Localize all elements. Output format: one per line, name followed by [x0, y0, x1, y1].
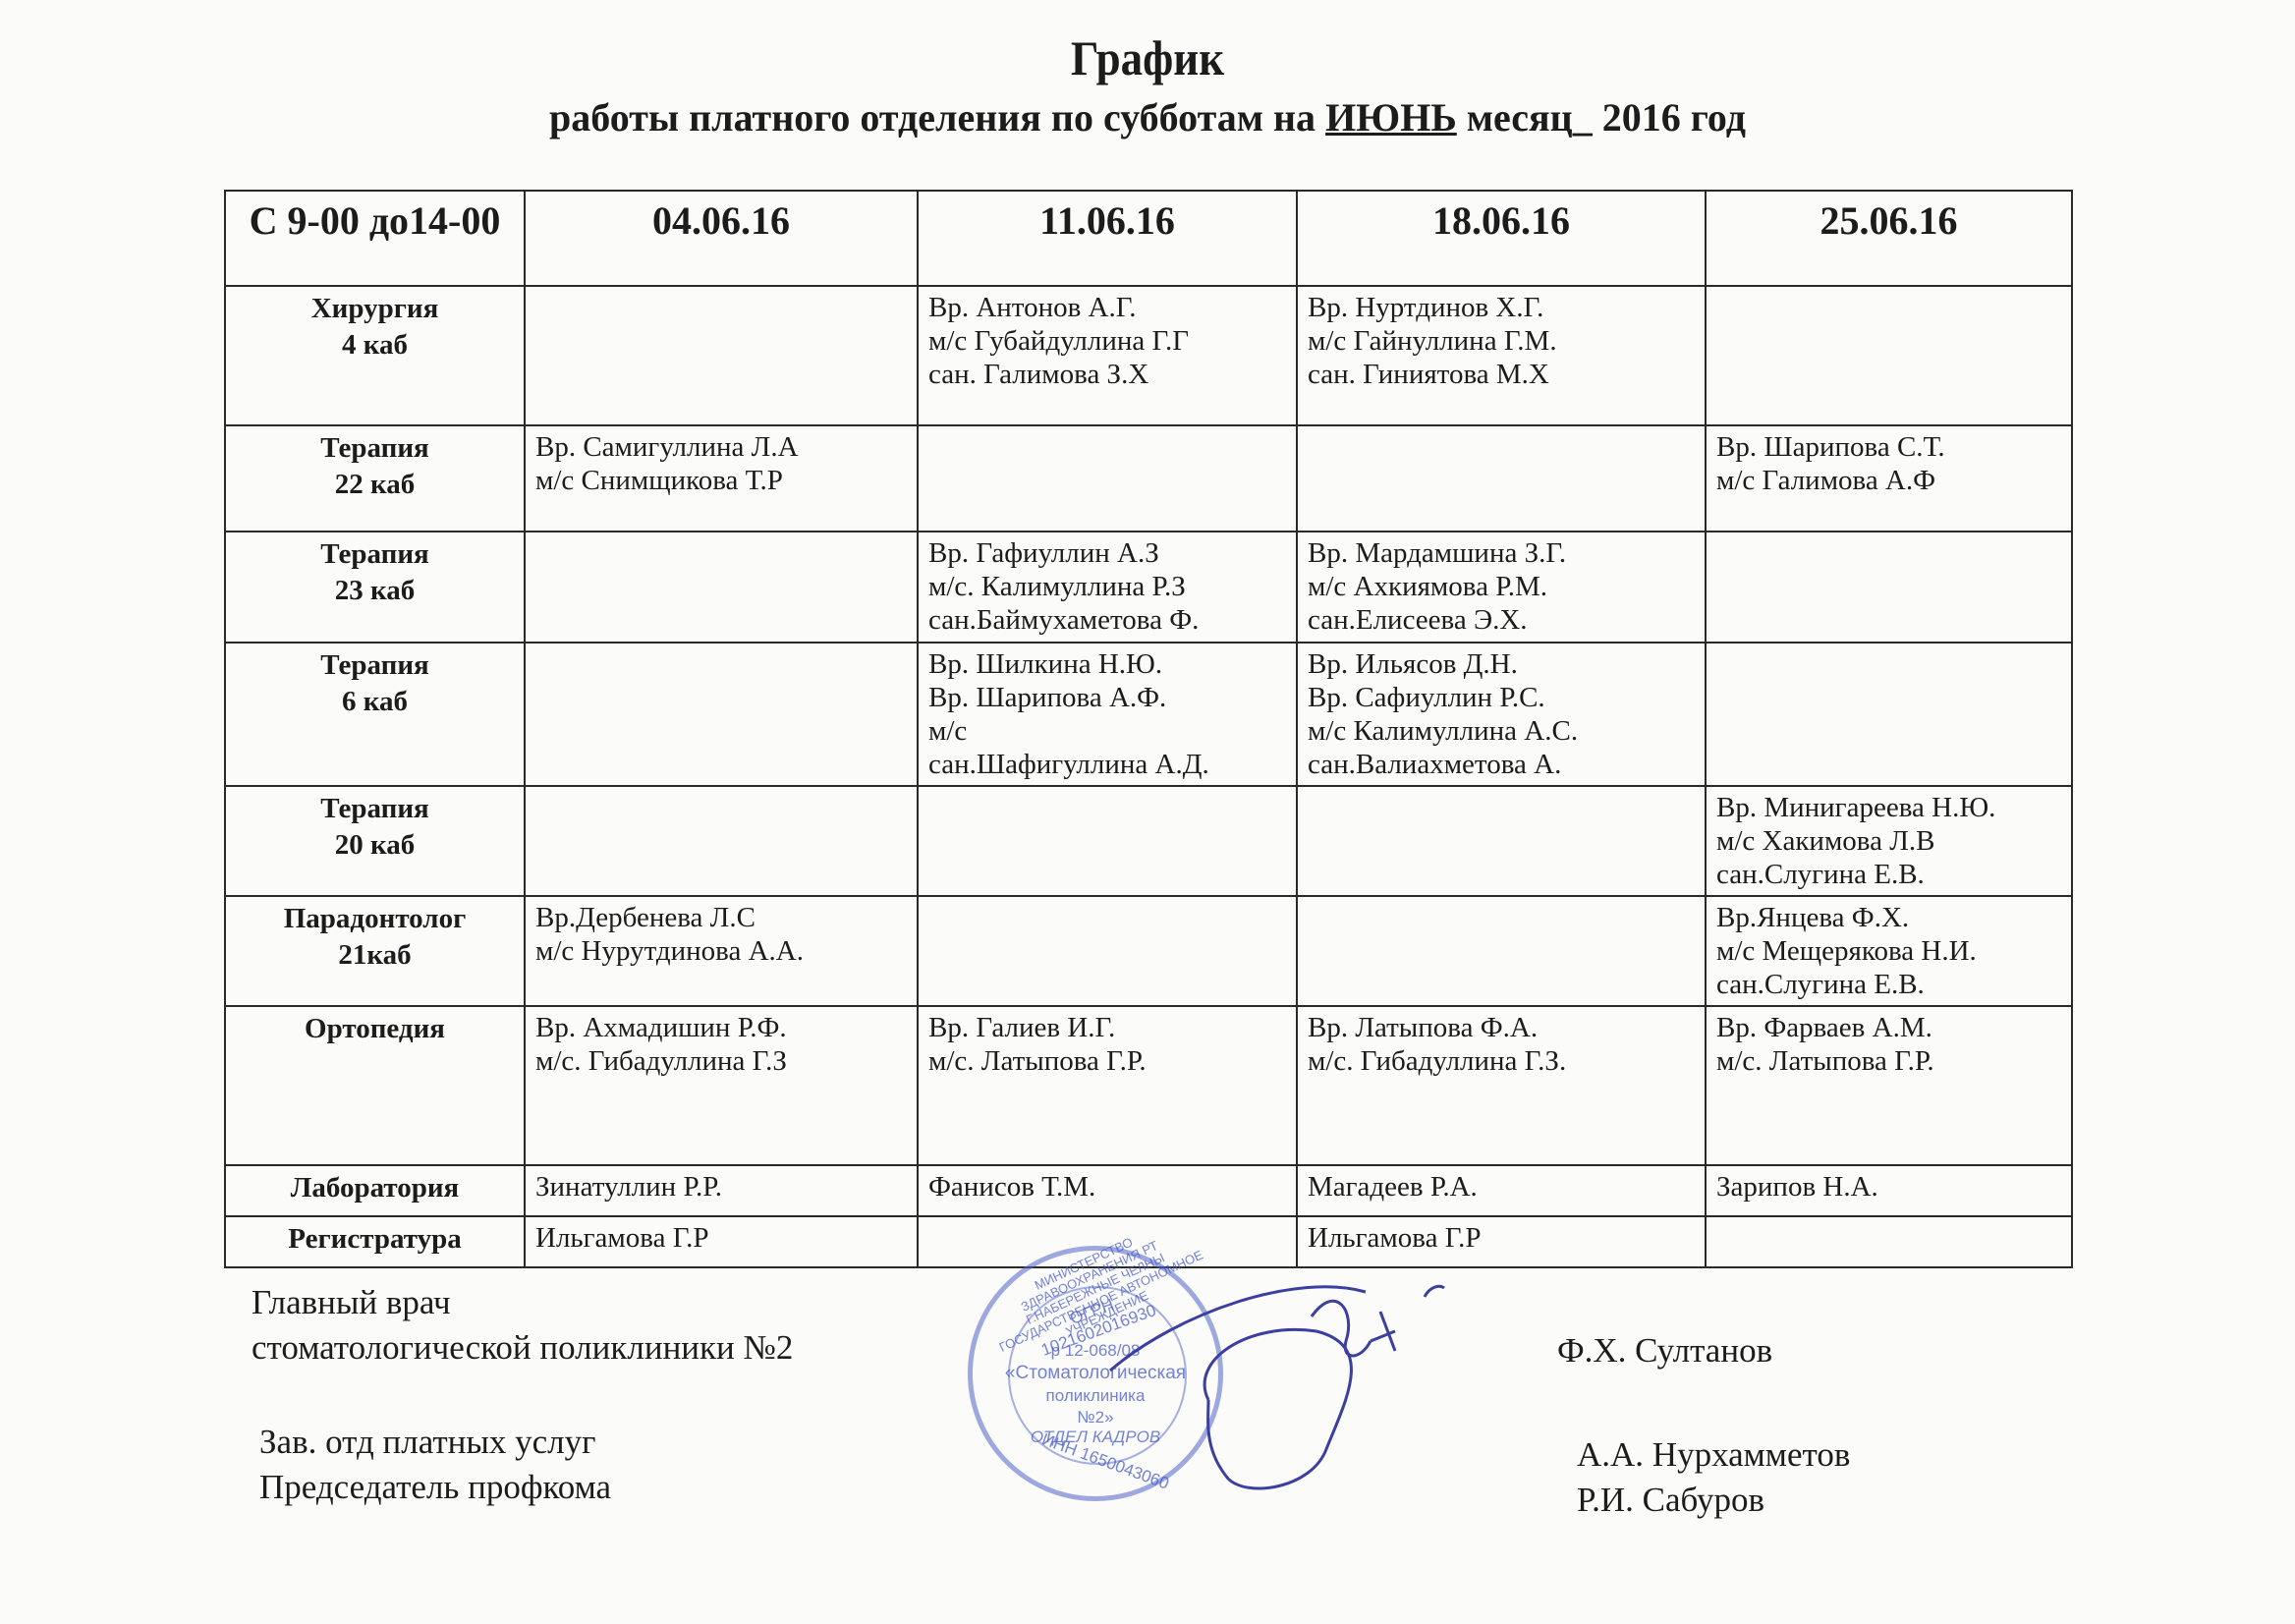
schedule-table: С 9-00 до14-00 04.06.16 11.06.16 18.06.1…	[224, 190, 2073, 1268]
schedule-cell	[525, 643, 918, 786]
paid-services-head-title: Зав. отд платных услуг	[252, 1420, 793, 1465]
staff-entry: м/с Ахкиямова Р.М.	[1308, 570, 1695, 603]
department-label: 20 каб	[236, 827, 514, 864]
staff-entry: Вр. Нуртдинов Х.Г.	[1308, 291, 1695, 324]
schedule-cell: Вр. Антонов А.Г.м/с Губайдуллина Г.Гсан.…	[918, 286, 1297, 425]
date-header: 25.06.16	[1706, 191, 2072, 286]
subtitle-month: ИЮНЬ	[1325, 95, 1457, 140]
staff-entry: м/с Хакимова Л.В	[1716, 824, 2061, 858]
schedule-body: Хирургия4 кабВр. Антонов А.Г.м/с Губайду…	[225, 286, 2072, 1267]
union-chair-title: Председатель профкома	[252, 1465, 793, 1510]
department-label: 22 каб	[236, 467, 514, 503]
staff-entry: сан.Елисеева Э.Х.	[1308, 603, 1695, 637]
schedule-cell	[525, 286, 918, 425]
time-range-header: С 9-00 до14-00	[225, 191, 525, 286]
staff-entry: Вр. Самигуллина Л.А	[535, 430, 907, 464]
staff-entry: м/с Галимова А.Ф	[1716, 464, 2061, 497]
department-cell: Терапия6 каб	[225, 643, 525, 786]
document-title: График	[115, 29, 2180, 86]
schedule-cell: Вр. Ильясов Д.Н.Вр. Сафиуллин Р.С.м/с Ка…	[1297, 643, 1706, 786]
staff-entry: Вр. Галиев И.Г.	[928, 1011, 1286, 1044]
staff-entry: Вр. Фарваев А.М.	[1716, 1011, 2061, 1044]
department-cell: Ортопедия	[225, 1006, 525, 1165]
staff-entry: Зинатуллин Р.Р.	[535, 1170, 907, 1204]
schedule-cell: Вр. Шарипова С.Т.м/с Галимова А.Ф	[1706, 425, 2072, 532]
department-label: Ортопедия	[236, 1011, 514, 1047]
schedule-cell: Вр. Гафиуллин А.Зм/с. Калимуллина Р.Зсан…	[918, 532, 1297, 643]
header-row: С 9-00 до14-00 04.06.16 11.06.16 18.06.1…	[225, 191, 2072, 286]
department-cell: Терапия23 каб	[225, 532, 525, 643]
schedule-cell: Вр. Минигареева Н.Ю.м/с Хакимова Л.Всан.…	[1706, 786, 2072, 896]
staff-entry: Вр. Латыпова Ф.А.	[1308, 1011, 1695, 1044]
staff-entry: Вр. Гафиуллин А.З	[928, 536, 1286, 570]
staff-entry: м/с. Латыпова Г.Р.	[928, 1044, 1286, 1078]
schedule-cell: Фанисов Т.М.	[918, 1165, 1297, 1216]
department-label: Хирургия	[236, 291, 514, 327]
schedule-cell: Вр. Самигуллина Л.Ам/с Снимщикова Т.Р	[525, 425, 918, 532]
schedule-cell	[1706, 643, 2072, 786]
staff-entry: м/с. Латыпова Г.Р.	[1716, 1044, 2061, 1078]
table-row: Терапия22 кабВр. Самигуллина Л.Ам/с Сним…	[225, 425, 2072, 532]
staff-entry: м/с. Гибадуллина Г.З	[535, 1044, 907, 1078]
schedule-cell	[1297, 425, 1706, 532]
staff-entry: м/с	[928, 714, 1286, 748]
schedule-cell	[1706, 532, 2072, 643]
staff-entry: сан.Шафигуллина А.Д.	[928, 748, 1286, 781]
staff-entry: Вр. Ильясов Д.Н.	[1308, 647, 1695, 681]
staff-entry: м/с Калимуллина А.С.	[1308, 714, 1695, 748]
schedule-cell	[918, 786, 1297, 896]
staff-entry: Вр.Дербенева Л.С	[535, 901, 907, 934]
table-row: Хирургия4 кабВр. Антонов А.Г.м/с Губайду…	[225, 286, 2072, 425]
staff-entry: Вр. Минигареева Н.Ю.	[1716, 791, 2061, 824]
staff-entry: м/с. Гибадуллина Г.З.	[1308, 1044, 1695, 1078]
staff-entry: сан.Баймухаметова Ф.	[928, 603, 1286, 637]
staff-entry: Фанисов Т.М.	[928, 1170, 1286, 1204]
table-row: ЛабораторияЗинатуллин Р.Р.Фанисов Т.М.Ма…	[225, 1165, 2072, 1216]
schedule-cell	[1706, 1216, 2072, 1267]
staff-entry: Вр. Шарипова С.Т.	[1716, 430, 2061, 464]
department-label: 23 каб	[236, 573, 514, 609]
department-label: Терапия	[236, 536, 514, 573]
department-label: Лаборатория	[236, 1170, 514, 1206]
schedule-cell: Вр.Янцева Ф.Х.м/с Мещерякова Н.И.сан.Слу…	[1706, 896, 2072, 1006]
schedule-cell: Вр. Латыпова Ф.А.м/с. Гибадуллина Г.З.	[1297, 1006, 1706, 1165]
schedule-cell	[1706, 286, 2072, 425]
staff-entry: Вр. Шарипова А.Ф.	[928, 681, 1286, 714]
department-cell: Терапия20 каб	[225, 786, 525, 896]
schedule-cell	[525, 532, 918, 643]
table-row: ОртопедияВр. Ахмадишин Р.Ф.м/с. Гибадулл…	[225, 1006, 2072, 1165]
staff-entry: Зарипов Н.А.	[1716, 1170, 2061, 1204]
schedule-cell: Ильгамова Г.Р	[525, 1216, 918, 1267]
department-label: Терапия	[236, 791, 514, 827]
schedule-cell: Вр. Галиев И.Г.м/с. Латыпова Г.Р.	[918, 1006, 1297, 1165]
department-label: 21каб	[236, 937, 514, 974]
staff-entry: Вр. Сафиуллин Р.С.	[1308, 681, 1695, 714]
department-cell: Регистратура	[225, 1216, 525, 1267]
staff-entry: сан.Слугина Е.В.	[1716, 968, 2061, 1001]
schedule-cell: Магадеев Р.А.	[1297, 1165, 1706, 1216]
date-header: 04.06.16	[525, 191, 918, 286]
department-label: 6 каб	[236, 684, 514, 720]
staff-entry: сан.Слугина Е.В.	[1716, 858, 2061, 891]
staff-entry: Вр. Антонов А.Г.	[928, 291, 1286, 324]
paid-services-head-name: А.А. Нурхамметов	[1557, 1432, 1850, 1478]
staff-entry: Ильгамова Г.Р	[1308, 1221, 1695, 1255]
schedule-cell: Зарипов Н.А.	[1706, 1165, 2072, 1216]
date-header: 11.06.16	[918, 191, 1297, 286]
staff-entry: Ильгамова Г.Р	[535, 1221, 907, 1255]
staff-entry: м/с Снимщикова Т.Р	[535, 464, 907, 497]
staff-entry: м/с Нурутдинова А.А.	[535, 934, 907, 968]
schedule-cell: Вр. Шилкина Н.Ю.Вр. Шарипова А.Ф.м/ссан.…	[918, 643, 1297, 786]
schedule-cell	[918, 425, 1297, 532]
staff-entry: м/с Губайдуллина Г.Г	[928, 324, 1286, 358]
schedule-cell: Вр. Фарваев А.М.м/с. Латыпова Г.Р.	[1706, 1006, 2072, 1165]
schedule-cell	[1297, 786, 1706, 896]
date-header: 18.06.16	[1297, 191, 1706, 286]
schedule-cell: Зинатуллин Р.Р.	[525, 1165, 918, 1216]
department-label: Терапия	[236, 430, 514, 467]
department-label: Парадонтолог	[236, 901, 514, 937]
table-row: Парадонтолог21кабВр.Дербенева Л.См/с Нур…	[225, 896, 2072, 1006]
department-cell: Терапия22 каб	[225, 425, 525, 532]
staff-entry: сан. Гиниятова М.Х	[1308, 358, 1695, 391]
union-chair-name: Р.И. Сабуров	[1557, 1478, 1850, 1523]
staff-entry: Вр.Янцева Ф.Х.	[1716, 901, 2061, 934]
department-label: Регистратура	[236, 1221, 514, 1258]
department-label: 4 каб	[236, 327, 514, 364]
staff-entry: Вр. Шилкина Н.Ю.	[928, 647, 1286, 681]
staff-entry: Вр. Мардамшина З.Г.	[1308, 536, 1695, 570]
chief-title-line2: стоматологической поликлиники №2	[252, 1325, 793, 1371]
schedule-cell: Вр. Ахмадишин Р.Ф.м/с. Гибадуллина Г.З	[525, 1006, 918, 1165]
schedule-cell: Вр. Мардамшина З.Г.м/с Ахкиямова Р.М.сан…	[1297, 532, 1706, 643]
schedule-cell	[918, 896, 1297, 1006]
department-cell: Парадонтолог21каб	[225, 896, 525, 1006]
signature-icon	[1100, 1253, 1513, 1508]
signatory-names: Ф.Х. Султанов А.А. Нурхамметов Р.И. Сабу…	[1557, 1328, 1850, 1523]
staff-entry: Вр. Ахмадишин Р.Ф.	[535, 1011, 907, 1044]
schedule-cell	[1297, 896, 1706, 1006]
staff-entry: м/с Гайнуллина Г.М.	[1308, 324, 1695, 358]
department-cell: Лаборатория	[225, 1165, 525, 1216]
chief-title-line1: Главный врач	[252, 1280, 793, 1325]
document-subtitle: работы платного отделения по субботам на…	[0, 94, 2295, 140]
table-row: Терапия23 кабВр. Гафиуллин А.Зм/с. Калим…	[225, 532, 2072, 643]
staff-entry: сан. Галимова З.Х	[928, 358, 1286, 391]
subtitle-prefix: работы платного отделения по субботам на	[549, 95, 1325, 140]
subtitle-suffix: месяц_ 2016 год	[1457, 95, 1746, 140]
signatory-titles: Главный врач стоматологической поликлини…	[252, 1280, 793, 1510]
staff-entry: сан.Валиахметова А.	[1308, 748, 1695, 781]
staff-entry: м/с. Калимуллина Р.З	[928, 570, 1286, 603]
schedule-cell: Вр. Нуртдинов Х.Г.м/с Гайнуллина Г.М.сан…	[1297, 286, 1706, 425]
table-row: Терапия20 кабВр. Минигареева Н.Ю.м/с Хак…	[225, 786, 2072, 896]
staff-entry: м/с Мещерякова Н.И.	[1716, 934, 2061, 968]
table-row: Терапия6 кабВр. Шилкина Н.Ю.Вр. Шарипова…	[225, 643, 2072, 786]
chief-name: Ф.Х. Султанов	[1557, 1328, 1850, 1373]
schedule-cell: Вр.Дербенева Л.См/с Нурутдинова А.А.	[525, 896, 918, 1006]
schedule-cell	[525, 786, 918, 896]
department-label: Терапия	[236, 647, 514, 684]
department-cell: Хирургия4 каб	[225, 286, 525, 425]
staff-entry: Магадеев Р.А.	[1308, 1170, 1695, 1204]
